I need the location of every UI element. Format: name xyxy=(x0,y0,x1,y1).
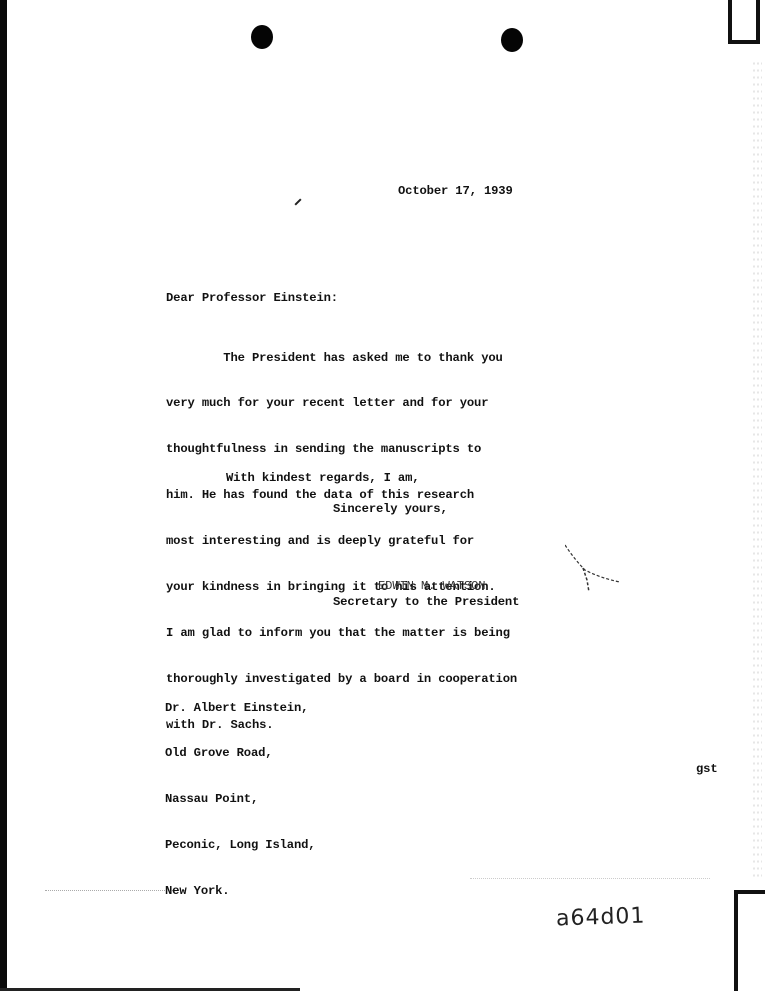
address-line: Nassau Point, xyxy=(165,792,315,807)
corner-bracket-icon xyxy=(728,0,760,44)
typist-initials: gst xyxy=(696,762,718,777)
scan-noise xyxy=(752,60,762,880)
closing-line: With kindest regards, I am, xyxy=(226,471,419,486)
stray-pencil-mark-icon xyxy=(565,540,635,600)
stray-ink-mark xyxy=(294,198,301,205)
salutation: Dear Professor Einstein: xyxy=(166,291,338,306)
address-line: Dr. Albert Einstein, xyxy=(165,701,315,716)
scan-dotted-line xyxy=(45,890,185,891)
scan-dotted-line xyxy=(470,878,710,879)
signatory-name: EDWIN M. WATSON xyxy=(378,579,485,594)
corner-bracket-icon xyxy=(734,890,765,991)
punch-hole-icon xyxy=(251,25,273,49)
signoff: Sincerely yours, xyxy=(333,502,448,517)
recipient-address: Dr. Albert Einstein, Old Grove Road, Nas… xyxy=(165,670,315,930)
signatory-title: Secretary to the President xyxy=(333,595,519,610)
letter-page: October 17, 1939 Dear Professor Einstein… xyxy=(0,0,765,991)
body-line: The President has asked me to thank you xyxy=(166,351,517,366)
punch-hole-icon xyxy=(501,28,523,52)
letter-date: October 17, 1939 xyxy=(398,184,513,199)
address-line: Old Grove Road, xyxy=(165,746,315,761)
body-line: I am glad to inform you that the matter … xyxy=(166,626,517,641)
body-line: most interesting and is deeply grateful … xyxy=(166,534,517,549)
handwritten-archive-number: a64d01 xyxy=(556,903,646,931)
body-line: thoughtfulness in sending the manuscript… xyxy=(166,442,517,457)
address-line: Peconic, Long Island, xyxy=(165,838,315,853)
address-line: New York. xyxy=(165,884,315,899)
body-line: very much for your recent letter and for… xyxy=(166,396,517,411)
scan-edge-border xyxy=(0,0,7,991)
